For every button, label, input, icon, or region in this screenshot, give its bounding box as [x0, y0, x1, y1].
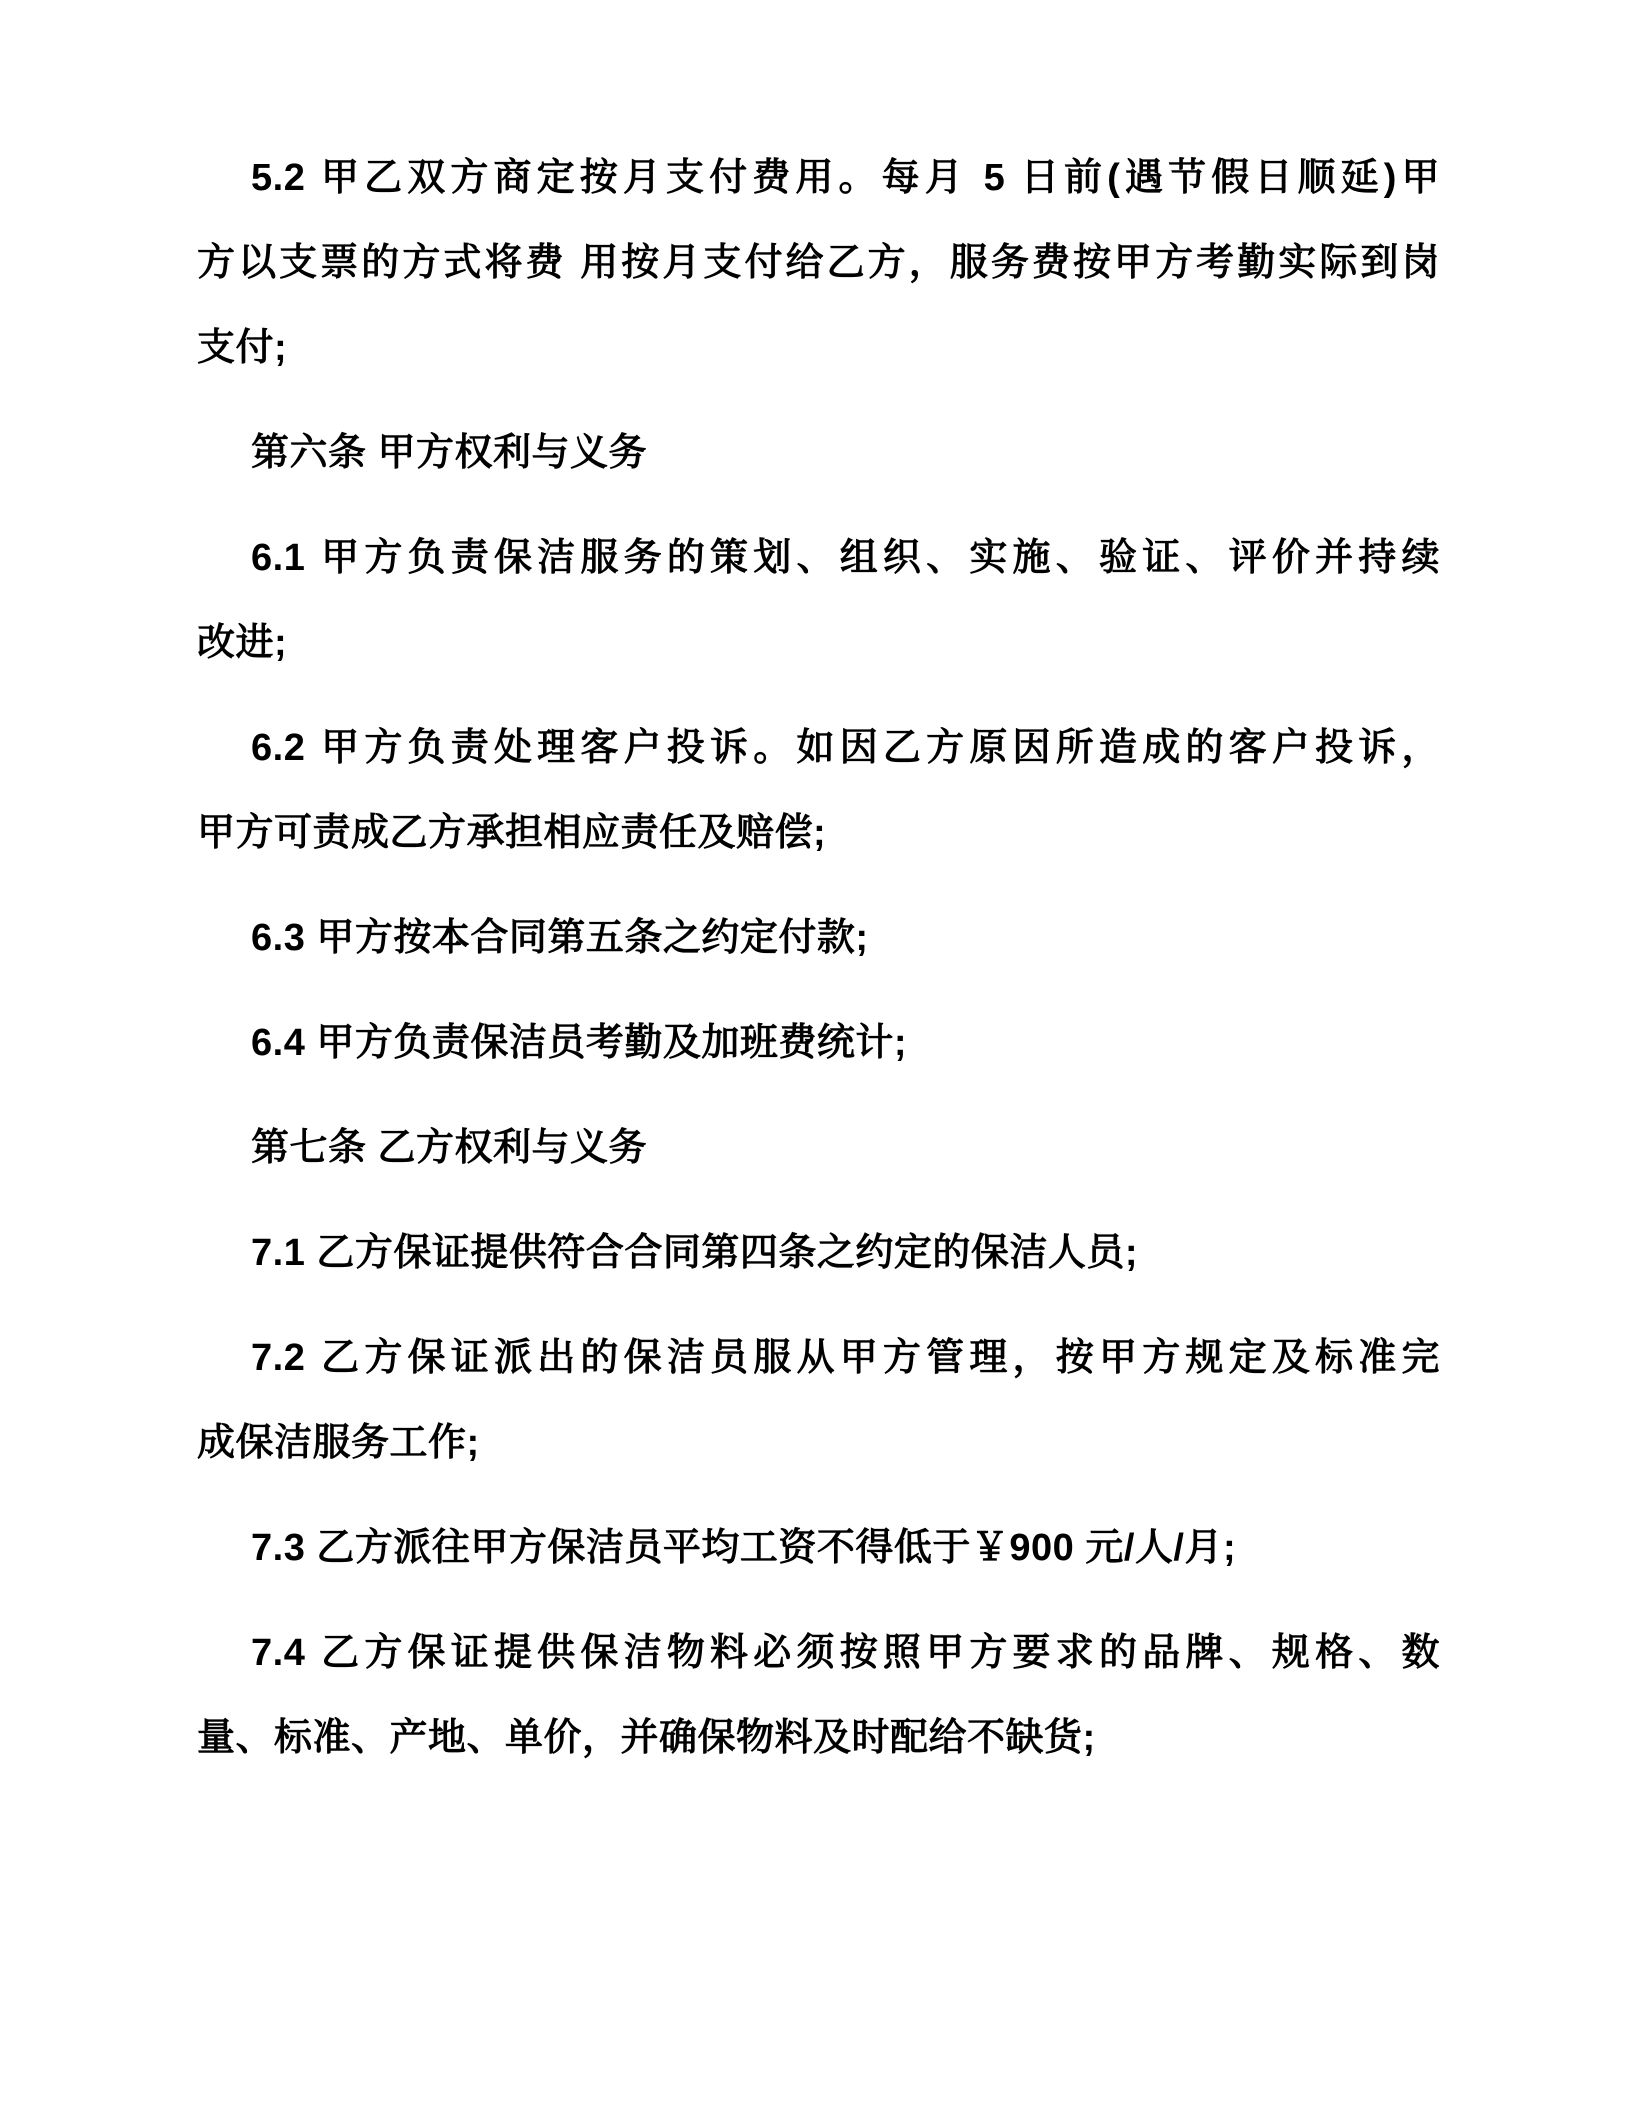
section-heading: 第七条 乙方权利与义务	[197, 1106, 1440, 1191]
paragraph: 7.2 乙方保证派出的保洁员服从甲方管理，按甲方规定及标准完成保洁服务工作;	[197, 1316, 1440, 1486]
paragraph: 6.3 甲方按本合同第五条之约定付款;	[197, 896, 1440, 981]
contract-text-body: 5.2 甲乙双方商定按月支付费用。每月 5 日前(遇节假日顺延)甲方以支票的方式…	[197, 136, 1440, 1781]
text-line: 改进;	[197, 601, 1440, 686]
text-line: 7.4 乙方保证提供保洁物料必须按照甲方要求的品牌、规格、数	[197, 1611, 1440, 1696]
text-line: 成保洁服务工作;	[197, 1401, 1440, 1486]
text-line: 7.2 乙方保证派出的保洁员服从甲方管理，按甲方规定及标准完	[197, 1316, 1440, 1401]
document-page: 5.2 甲乙双方商定按月支付费用。每月 5 日前(遇节假日顺延)甲方以支票的方式…	[0, 0, 1632, 2112]
text-line: 第七条 乙方权利与义务	[197, 1106, 1440, 1191]
text-line: 5.2 甲乙双方商定按月支付费用。每月 5 日前(遇节假日顺延)甲	[197, 136, 1440, 221]
paragraph: 6.1 甲方负责保洁服务的策划、组织、实施、验证、评价并持续改进;	[197, 516, 1440, 686]
text-line: 第六条 甲方权利与义务	[197, 411, 1440, 496]
text-line: 6.2 甲方负责处理客户投诉。如因乙方原因所造成的客户投诉，	[197, 706, 1440, 791]
text-line: 6.4 甲方负责保洁员考勤及加班费统计;	[197, 1001, 1440, 1086]
paragraph: 7.4 乙方保证提供保洁物料必须按照甲方要求的品牌、规格、数量、标准、产地、单价…	[197, 1611, 1440, 1781]
section-heading: 第六条 甲方权利与义务	[197, 411, 1440, 496]
paragraph: 5.2 甲乙双方商定按月支付费用。每月 5 日前(遇节假日顺延)甲方以支票的方式…	[197, 136, 1440, 391]
paragraph: 6.4 甲方负责保洁员考勤及加班费统计;	[197, 1001, 1440, 1086]
text-line: 6.3 甲方按本合同第五条之约定付款;	[197, 896, 1440, 981]
text-line: 支付;	[197, 306, 1440, 391]
paragraph: 6.2 甲方负责处理客户投诉。如因乙方原因所造成的客户投诉，甲方可责成乙方承担相…	[197, 706, 1440, 876]
text-line: 方以支票的方式将费 用按月支付给乙方，服务费按甲方考勤实际到岗	[197, 221, 1440, 306]
text-line: 甲方可责成乙方承担相应责任及赔偿;	[197, 791, 1440, 876]
text-line: 7.1 乙方保证提供符合合同第四条之约定的保洁人员;	[197, 1211, 1440, 1296]
text-line: 6.1 甲方负责保洁服务的策划、组织、实施、验证、评价并持续	[197, 516, 1440, 601]
text-line: 7.3 乙方派往甲方保洁员平均工资不得低于￥900 元/人/月;	[197, 1506, 1440, 1591]
paragraph: 7.1 乙方保证提供符合合同第四条之约定的保洁人员;	[197, 1211, 1440, 1296]
paragraph: 7.3 乙方派往甲方保洁员平均工资不得低于￥900 元/人/月;	[197, 1506, 1440, 1591]
text-line: 量、标准、产地、单价，并确保物料及时配给不缺货;	[197, 1696, 1440, 1781]
